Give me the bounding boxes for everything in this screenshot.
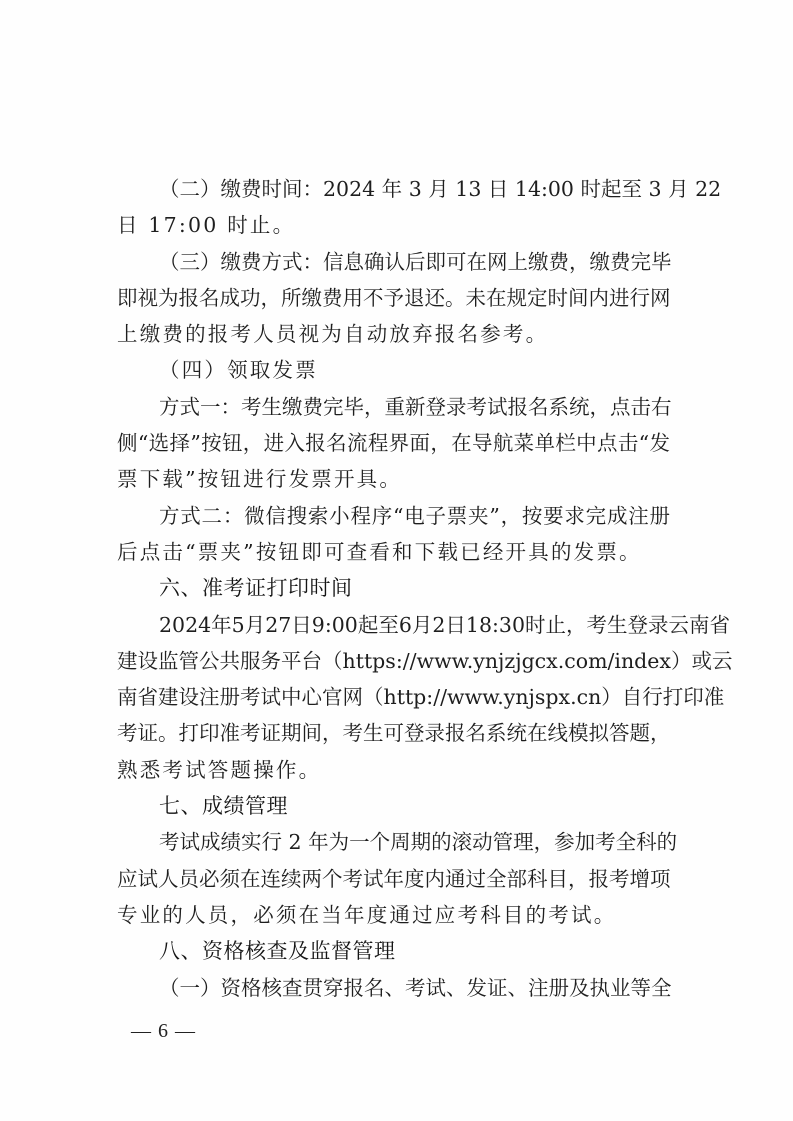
document-body: （二）缴费时间：2024 年 3 月 13 日 14:00 时起至 3 月 22… bbox=[117, 171, 670, 1006]
paragraph-line: 票下载”按钮进行发票开具。 bbox=[117, 461, 670, 497]
paragraph-line: 上缴费的报考人员视为自动放弃报名参考。 bbox=[117, 316, 670, 352]
paragraph-line: （一）资格核查贯穿报名、考试、发证、注册及执业等全 bbox=[117, 970, 670, 1006]
paragraph-line: （三）缴费方式：信息确认后即可在网上缴费，缴费完毕 bbox=[117, 244, 670, 280]
paragraph-line: 即视为报名成功，所缴费用不予退还。未在规定时间内进行网 bbox=[117, 280, 670, 316]
paragraph-line: 考证。打印准考证期间，考生可登录报名系统在线模拟答题， bbox=[117, 715, 670, 751]
paragraph-line: （二）缴费时间：2024 年 3 月 13 日 14:00 时起至 3 月 22 bbox=[117, 171, 670, 207]
paragraph-line: 考试成绩实行 2 年为一个周期的滚动管理，参加考全科的 bbox=[117, 824, 670, 860]
paragraph-line: 2024年5月27日9:00起至6月2日18:30时止，考生登录云南省 bbox=[117, 607, 670, 643]
paragraph-line: 方式一：考生缴费完毕，重新登录考试报名系统，点击右 bbox=[117, 389, 670, 425]
section-heading: 八、资格核查及监督管理 bbox=[117, 933, 670, 969]
paragraph-line: 建设监管公共服务平台（https://www.ynjzjgcx.com/inde… bbox=[117, 643, 670, 679]
paragraph-line: 侧“选择”按钮，进入报名流程界面，在导航菜单栏中点击“发 bbox=[117, 425, 670, 461]
paragraph-line: 应试人员必须在连续两个考试年度内通过全部科目，报考增项 bbox=[117, 861, 670, 897]
paragraph-line: 后点击“票夹”按钮即可查看和下载已经开具的发票。 bbox=[117, 534, 670, 570]
section-heading: 七、成绩管理 bbox=[117, 788, 670, 824]
paragraph-line: 日 17:00 时止。 bbox=[117, 207, 670, 243]
document-page: （二）缴费时间：2024 年 3 月 13 日 14:00 时起至 3 月 22… bbox=[0, 0, 793, 1121]
paragraph-line: 南省建设注册考试中心官网（http://www.ynjspx.cn）自行打印准 bbox=[117, 679, 670, 715]
paragraph-line: 方式二：微信搜索小程序“电子票夹”，按要求完成注册 bbox=[117, 498, 670, 534]
subsection-title: （四）领取发票 bbox=[117, 352, 670, 388]
page-number: — 6 — bbox=[131, 1020, 196, 1043]
section-heading: 六、准考证打印时间 bbox=[117, 570, 670, 606]
paragraph-line: 熟悉考试答题操作。 bbox=[117, 752, 670, 788]
paragraph-line: 专业的人员，必须在当年度通过应考科目的考试。 bbox=[117, 897, 670, 933]
